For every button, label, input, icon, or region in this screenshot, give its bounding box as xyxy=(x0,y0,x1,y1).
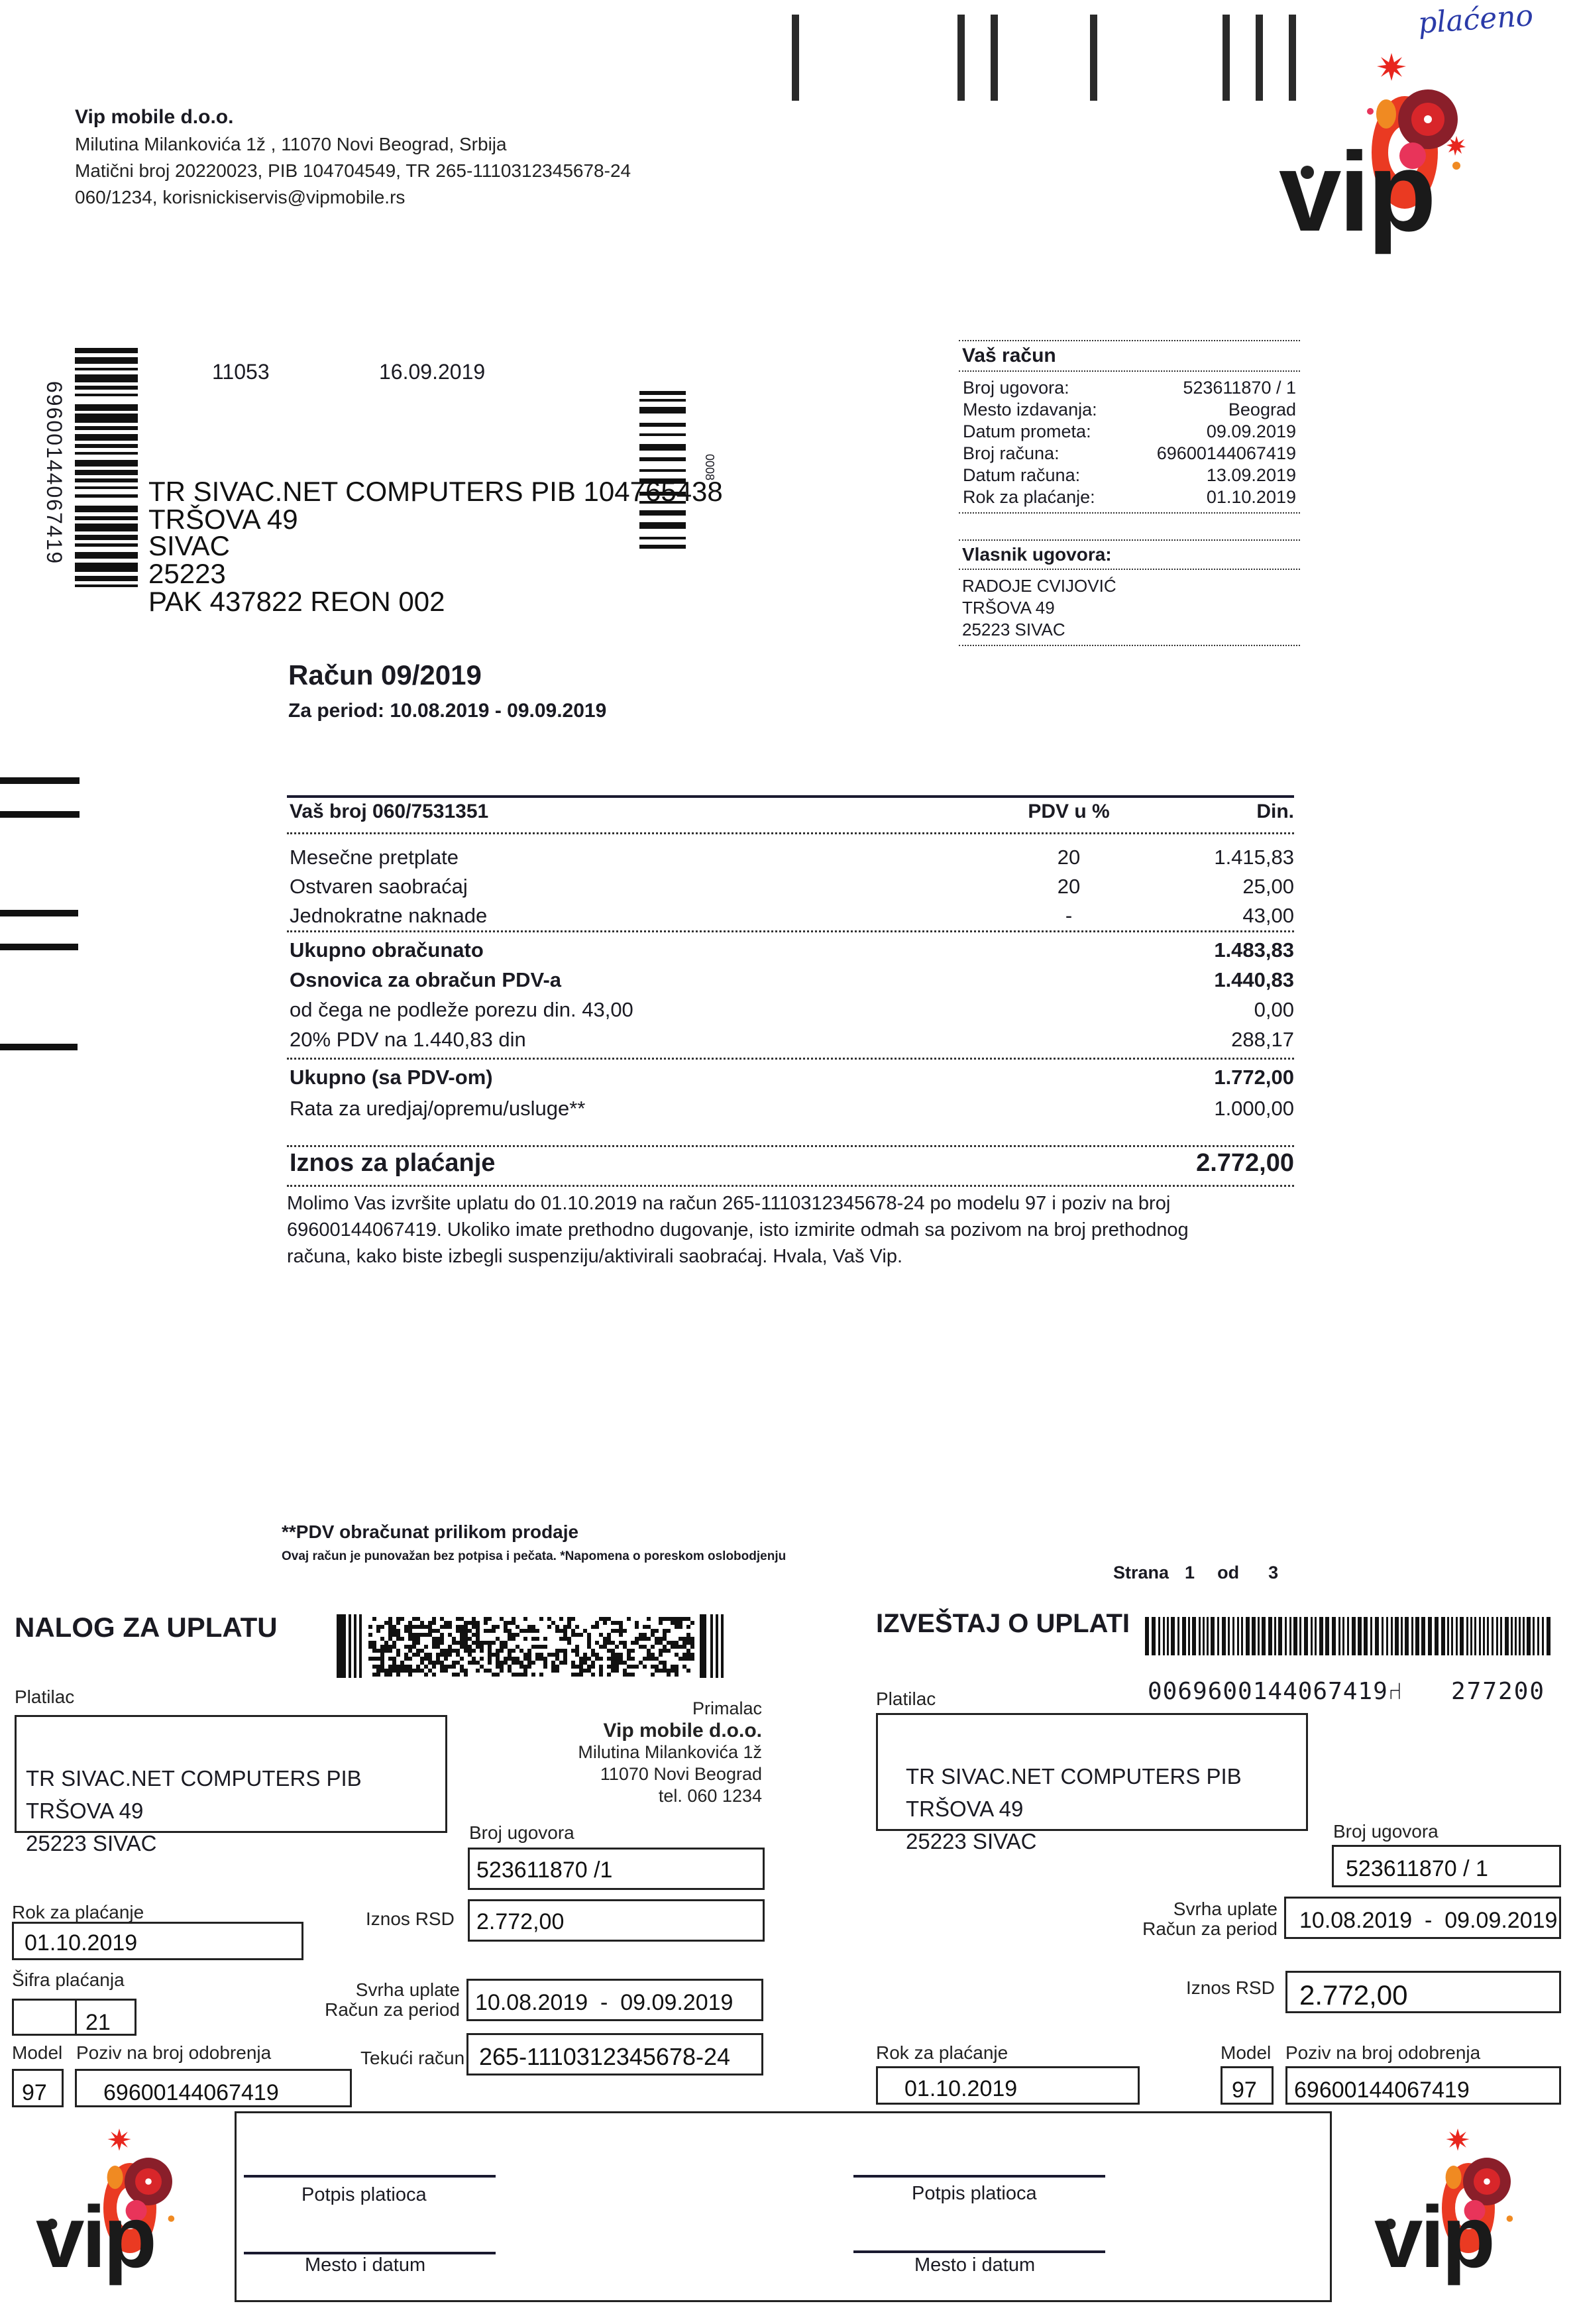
report-due-label: Rok za plaćanje xyxy=(876,2042,1008,2064)
charges-table: Vaš broj 060/7531351 PDV u % Din. Mesečn… xyxy=(287,794,1294,1191)
payment-report-title: IZVEŠTAJ O UPLATI xyxy=(876,1609,1130,1639)
owner-city: 25223 SIVAC xyxy=(962,619,1300,641)
row-vat: 20 xyxy=(1022,875,1115,899)
grand-total-label: Iznos za plaćanje xyxy=(290,1149,495,1178)
report-purpose-field[interactable]: 10.08.2019 - 09.09.2019 xyxy=(1284,1897,1561,1939)
invoice-barcode xyxy=(75,348,138,587)
row-label: Ukupno obračunato xyxy=(290,938,484,962)
info-value: 09.09.2019 xyxy=(1207,421,1296,443)
row-amount: 0,00 xyxy=(1254,998,1294,1022)
payer-line: 25223 SIVAC xyxy=(26,1827,362,1859)
model-label: Model xyxy=(12,2042,62,2064)
report-amount-label: Iznos RSD xyxy=(1186,1977,1275,1999)
invoice-info-title: Vaš račun xyxy=(959,341,1300,370)
row-label: 20% PDV na 1.440,83 din xyxy=(290,1028,526,1052)
report-contract-label: Broj ugovora xyxy=(1333,1821,1439,1842)
payer-line: TR SIVAC.NET COMPUTERS PIB xyxy=(26,1762,362,1795)
sender-contact: 060/1234, korisnickiservis@vipmobile.rs xyxy=(75,187,405,208)
owner-street: TRŠOVA 49 xyxy=(962,597,1300,619)
report-reference-field[interactable]: 69600144067419 xyxy=(1285,2066,1561,2105)
info-value: 13.09.2019 xyxy=(1207,465,1296,486)
vat-footnote: **PDV obračunat prilikom prodaje xyxy=(282,1522,578,1543)
report-model-label: Model xyxy=(1221,2042,1271,2064)
row-label: Osnovica za obračun PDV-a xyxy=(290,968,561,992)
row-vat: 20 xyxy=(1022,846,1115,869)
payer-box: TR SIVAC.NET COMPUTERS PIB TRŠOVA 49 252… xyxy=(15,1715,447,1833)
vip-logo-text: vip xyxy=(1279,136,1434,249)
recipient-name: Vip mobile d.o.o. xyxy=(578,1720,762,1742)
account-field[interactable]: 265-1110312345678-24 xyxy=(466,2033,763,2075)
row-label: Ukupno (sa PDV-om) xyxy=(290,1066,493,1089)
model-field[interactable]: 97 xyxy=(12,2069,64,2107)
row-label: Jednokratne naknade xyxy=(290,904,487,928)
pdf417-barcode xyxy=(337,1614,729,1678)
sort-barcode xyxy=(639,391,686,549)
payer-label: Platilac xyxy=(15,1687,74,1708)
report-payer-box: TR SIVAC.NET COMPUTERS PIB TRŠOVA 49 252… xyxy=(876,1713,1308,1831)
report-signature-label: Potpis platioca xyxy=(912,2183,1037,2205)
header-phone-number: Vaš broj 060/7531351 xyxy=(290,801,488,823)
payment-code-label: Šifra plaćanja xyxy=(12,1969,125,1991)
reference-field[interactable]: 69600144067419 xyxy=(75,2069,352,2107)
payment-order-title: NALOG ZA UPLATU xyxy=(15,1612,278,1643)
sender-company-name: Vip mobile d.o.o. xyxy=(75,106,233,129)
invoice-barcode-number: 69600144067419 xyxy=(42,381,69,553)
report-purpose-label: Svrha uplate Račun za period xyxy=(1142,1899,1278,1939)
report-amount-field[interactable]: 2.772,00 xyxy=(1285,1971,1561,2013)
report-place-date-line xyxy=(853,2250,1105,2253)
row-label: Mesečne pretplate xyxy=(290,846,459,869)
print-date: 16.09.2019 xyxy=(379,360,485,384)
row-amount: 43,00 xyxy=(1242,904,1294,928)
row-amount: 1.440,83 xyxy=(1214,968,1294,992)
payer-line: TRŠOVA 49 xyxy=(26,1795,362,1827)
row-label: od čega ne podleže porezu din. 43,00 xyxy=(290,998,633,1022)
amount-field[interactable]: 2.772,00 xyxy=(468,1899,765,1942)
place-date-label: Mesto i datum xyxy=(305,2254,425,2276)
grand-total-amount: 2.772,00 xyxy=(1196,1149,1294,1178)
info-value: 523611870 / 1 xyxy=(1183,377,1296,399)
header-amount: Din. xyxy=(1256,801,1294,823)
owner-name: RADOJE CVIJOVIĆ xyxy=(962,575,1300,597)
payer-line: TR SIVAC.NET COMPUTERS PIB xyxy=(906,1760,1242,1793)
due-date-label: Rok za plaćanje xyxy=(12,1902,144,1923)
info-label: Rok za plaćanje: xyxy=(963,486,1095,508)
recipient-label: Primalac xyxy=(578,1698,762,1720)
contract-field[interactable]: 523611870 /1 xyxy=(468,1848,765,1890)
invoice-info-box: Vaš račun Broj ugovora:523611870 / 1Mest… xyxy=(959,340,1300,514)
info-label: Mesto izdavanja: xyxy=(963,399,1097,421)
postal-code-stamp: 11053 xyxy=(212,360,270,384)
row-label: Ostvaren saobraćaj xyxy=(290,875,468,899)
page-indicator: Strana 1 od 3 xyxy=(1113,1563,1278,1583)
signature-line xyxy=(244,2175,496,2178)
row-label: Rata za uredjaj/opremu/usluge** xyxy=(290,1097,585,1121)
account-label: Tekući račun xyxy=(360,2048,464,2069)
invoice-info-row: Rok za plaćanje:01.10.2019 xyxy=(963,486,1296,508)
info-label: Broj računa: xyxy=(963,443,1060,465)
info-label: Datum prometa: xyxy=(963,421,1091,443)
contract-owner-box: Vlasnik ugovora: RADOJE CVIJOVIĆ TRŠOVA … xyxy=(959,539,1300,646)
invoice-info-row: Datum prometa:09.09.2019 xyxy=(963,421,1296,443)
recipient-block: Primalac Vip mobile d.o.o. Milutina Mila… xyxy=(578,1698,762,1807)
info-label: Datum računa: xyxy=(963,465,1080,486)
info-value: Beograd xyxy=(1228,399,1296,421)
payer-line: 25223 SIVAC xyxy=(906,1825,1242,1857)
purpose-label: Svrha uplate Račun za period xyxy=(325,1980,460,2020)
handwritten-paid-note: plaćeno xyxy=(1417,0,1534,40)
invoice-info-row: Broj ugovora:523611870 / 1 xyxy=(963,377,1296,399)
recipient-line: TR SIVAC.NET COMPUTERS PIB 104765438 xyxy=(148,476,723,508)
purpose-field[interactable]: 10.08.2019 - 09.09.2019 xyxy=(466,1979,763,2021)
recipient-line: SIVAC xyxy=(148,530,230,562)
vip-logo-bottom-right: vip xyxy=(1378,2127,1537,2273)
ocr-line: 0069600144067419⑁ xyxy=(1148,1678,1403,1705)
ocr-amount: 277200 xyxy=(1451,1678,1545,1705)
invoice-title: Račun 09/2019 xyxy=(288,659,482,691)
payer-line: TRŠOVA 49 xyxy=(906,1793,1242,1825)
row-amount: 1.000,00 xyxy=(1214,1097,1294,1121)
due-date-field[interactable]: 01.10.2019 xyxy=(12,1922,303,1960)
report-signature-line xyxy=(853,2175,1105,2178)
report-place-date-label: Mesto i datum xyxy=(914,2254,1035,2276)
sender-ids: Matični broj 20220023, PIB 104704549, TR… xyxy=(75,160,631,182)
info-label: Broj ugovora: xyxy=(963,377,1069,399)
validity-note: Ovaj račun je punovažan bez potpisa i pe… xyxy=(282,1549,786,1564)
report-reference-label: Poziv na broj odobrenja xyxy=(1285,2042,1480,2064)
row-amount: 1.415,83 xyxy=(1214,846,1294,869)
invoice-info-row: Broj računa:69600144067419 xyxy=(963,443,1296,465)
report-contract-field[interactable]: 523611870 / 1 xyxy=(1332,1845,1561,1887)
info-value: 01.10.2019 xyxy=(1207,486,1296,508)
payment-code-field[interactable]: 21 xyxy=(12,1999,136,2036)
header-vat: PDV u % xyxy=(989,801,1148,823)
row-amount: 1.483,83 xyxy=(1214,938,1294,962)
amount-label: Iznos RSD xyxy=(366,1909,455,1930)
row-amount: 1.772,00 xyxy=(1214,1066,1294,1089)
report-barcode xyxy=(1145,1617,1550,1655)
recipient-line: PAK 437822 REON 002 xyxy=(148,586,445,618)
payment-notice: Molimo Vas izvršite uplatu do 01.10.2019… xyxy=(287,1190,1189,1270)
report-model-field[interactable]: 97 xyxy=(1221,2066,1274,2105)
row-amount: 288,17 xyxy=(1231,1028,1294,1052)
row-vat: - xyxy=(1022,904,1115,928)
payer-signature-label: Potpis platioca xyxy=(301,2184,427,2206)
sender-address: Milutina Milankovića 1ž , 11070 Novi Beo… xyxy=(75,134,507,155)
contract-label: Broj ugovora xyxy=(469,1822,574,1844)
vip-logo-bottom-left: vip xyxy=(40,2127,199,2273)
row-amount: 25,00 xyxy=(1242,875,1294,899)
report-payer-label: Platilac xyxy=(876,1688,936,1710)
vip-logo: vip xyxy=(1292,53,1491,232)
report-due-field[interactable]: 01.10.2019 xyxy=(876,2066,1140,2105)
reference-label: Poziv na broj odobrenja xyxy=(76,2042,271,2064)
contract-owner-title: Vlasnik ugovora: xyxy=(959,541,1300,569)
recipient-line: 25223 xyxy=(148,558,226,590)
invoice-period: Za period: 10.08.2019 - 09.09.2019 xyxy=(288,700,606,722)
invoice-info-row: Datum računa:13.09.2019 xyxy=(963,465,1296,486)
info-value: 69600144067419 xyxy=(1157,443,1296,465)
invoice-info-row: Mesto izdavanja:Beograd xyxy=(963,399,1296,421)
